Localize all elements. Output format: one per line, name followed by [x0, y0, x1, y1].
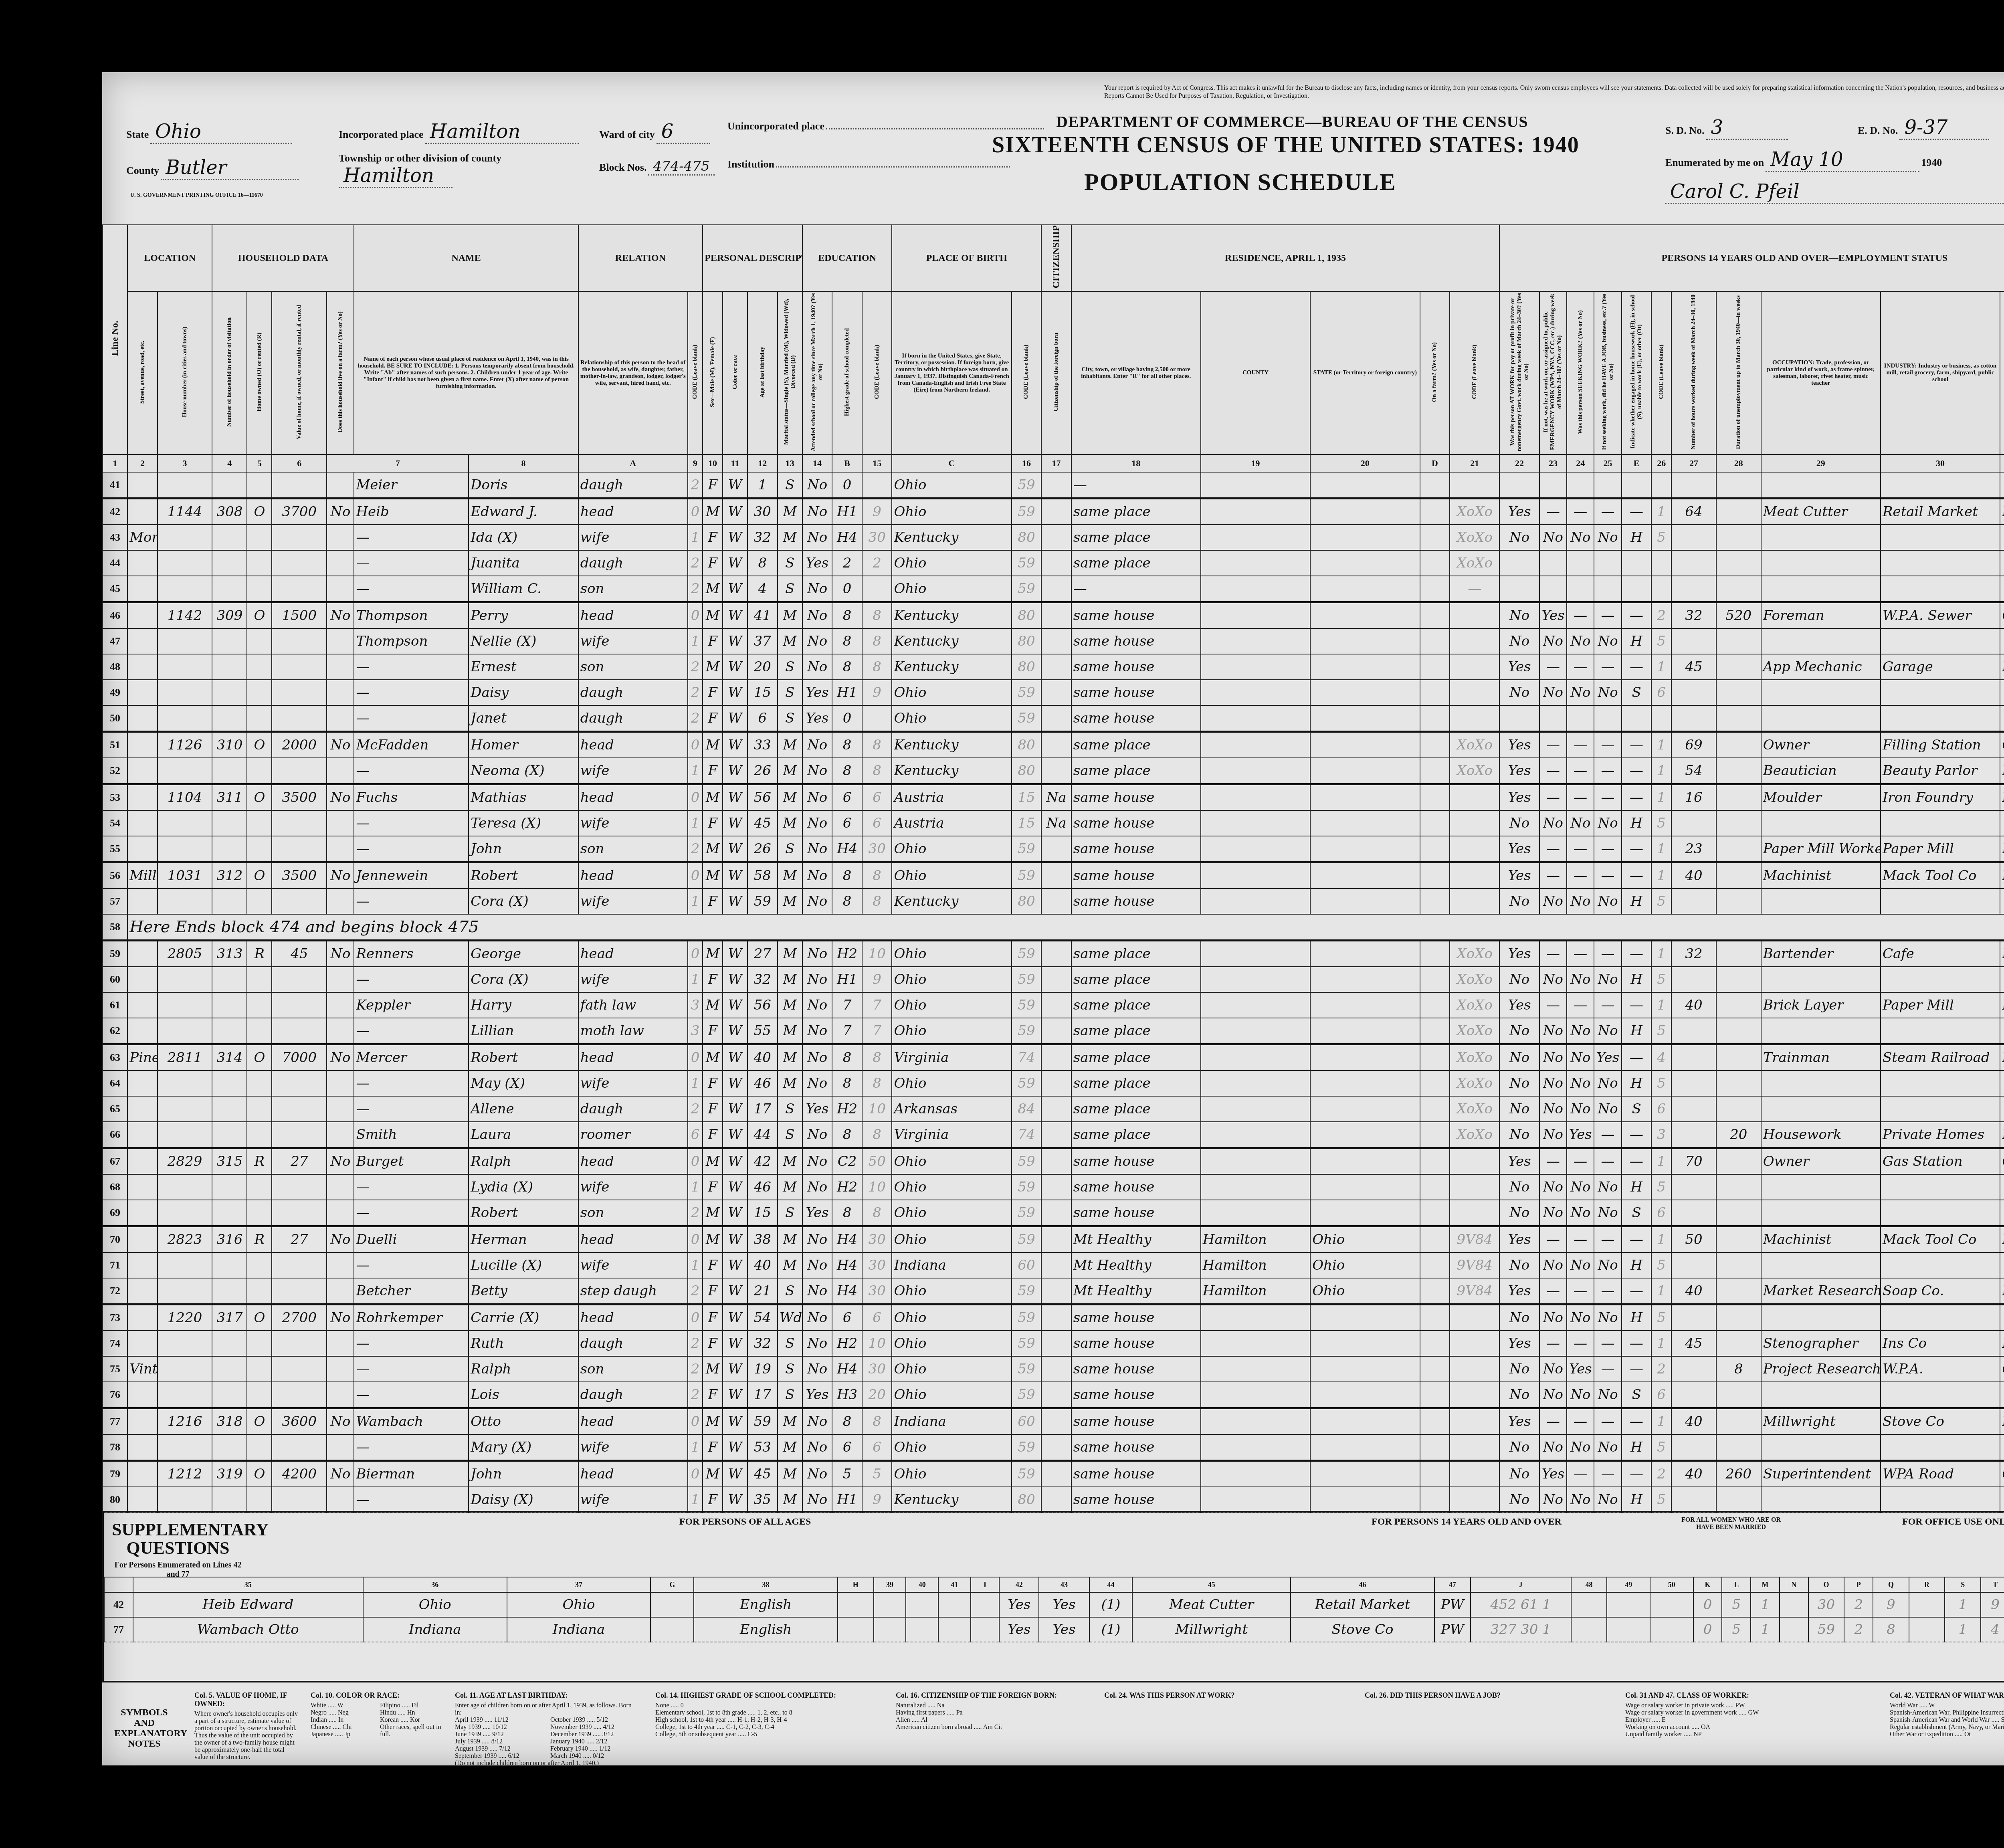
cell-farm: [327, 1070, 354, 1096]
cell-relation: head: [578, 1305, 688, 1331]
cell-industry: [1881, 628, 2000, 654]
cell-codeE: 1: [1651, 1278, 1671, 1305]
cell-codeB: 8: [862, 862, 892, 889]
cell-sex: M: [703, 602, 723, 629]
supp-column-number: 47: [1434, 1577, 1471, 1592]
cell-work: No: [1499, 602, 1539, 629]
supp-cell-m1: [1571, 1592, 1607, 1617]
note-item: Employer ..... E: [1625, 1717, 1874, 1724]
cell-own: [247, 836, 272, 862]
supp-cell-vet: [874, 1617, 906, 1642]
cell-occupation: [1761, 550, 1881, 576]
line-number: 77: [103, 1408, 127, 1435]
cell-race: W: [723, 1200, 747, 1226]
supp-cell-N: [1780, 1592, 1808, 1617]
line-number: 65: [103, 1096, 127, 1122]
cell-age: 37: [747, 628, 778, 654]
cell-sex: M: [703, 836, 723, 862]
cell-hh: 318: [212, 1408, 247, 1435]
supp-cell-P: 2: [1844, 1617, 1873, 1642]
cell-res-state: [1310, 1356, 1420, 1382]
cell-res-county: [1201, 1356, 1310, 1382]
cell-occupation: [1761, 810, 1881, 836]
supp-cell-N: [1780, 1617, 1808, 1642]
cell-hasjob: No: [1594, 810, 1621, 836]
cell-industry: Ins Co: [1881, 1331, 2000, 1356]
col-school: Attended school or college any time sinc…: [802, 291, 832, 454]
cell-res-county: [1201, 1434, 1310, 1461]
cell-codeE: [1651, 472, 1671, 499]
cell-hours: 45: [1671, 654, 1716, 680]
cell-hh: 315: [212, 1148, 247, 1175]
cell-age: 59: [747, 889, 778, 914]
cell-occupation: [1761, 1096, 1881, 1122]
cell-race: W: [723, 1018, 747, 1044]
cell-relation: son: [578, 1200, 688, 1226]
cell-hours: 40: [1671, 1278, 1716, 1305]
column-number: 29: [1761, 454, 1881, 472]
cell-street: [127, 889, 158, 914]
cell-seek: —: [1567, 602, 1594, 629]
supp-cell-L: 5: [1722, 1617, 1751, 1642]
cell-birthplace: Indiana: [892, 1252, 1011, 1278]
group-citizenship: CITIZENSHIP: [1041, 225, 1071, 291]
cell-race: W: [723, 1434, 747, 1461]
group-employment: PERSONS 14 YEARS OLD AND OVER—EMPLOYMENT…: [1499, 225, 2004, 291]
cell-hours: [1671, 1044, 1716, 1071]
cell-surname: —: [354, 1096, 469, 1122]
cell-work: No: [1499, 1044, 1539, 1071]
cell-house: 2829: [158, 1148, 212, 1175]
cell-given: Janet: [469, 705, 578, 732]
cell-house: [158, 1174, 212, 1200]
cell-hasjob: No: [1594, 1382, 1621, 1408]
state-label: State: [126, 129, 149, 140]
col-code-d: CODE (Leave blank): [1450, 291, 1499, 454]
cell-own: [247, 1252, 272, 1278]
cell-emerg: No: [1539, 1018, 1567, 1044]
cell-surname: Rohrkemper: [354, 1305, 469, 1331]
column-number: D: [1420, 454, 1450, 472]
cell-house: [158, 1487, 212, 1513]
cell-value: 3500: [272, 784, 327, 811]
cell-emerg: No: [1539, 1252, 1567, 1278]
cell-codeC: 59: [1012, 1305, 1042, 1331]
cell-relation: daugh: [578, 472, 688, 499]
col-name-desc: Name of each person whose usual place of…: [354, 291, 578, 454]
table-row: 57—Cora (X)wife1FW59MNo88Kentucky80same …: [103, 889, 2004, 914]
col-res-farm: On a farm? (Yes or No): [1420, 291, 1450, 454]
cell-farm: [327, 1331, 354, 1356]
county-field: County Butler: [126, 156, 299, 180]
supp-cell-S: 1: [1945, 1617, 1981, 1642]
cell-dur: [1716, 1305, 1761, 1331]
col-code-e: CODE (Leave blank): [1651, 291, 1671, 454]
cell-house: [158, 1434, 212, 1461]
cell-res-county: [1201, 1331, 1310, 1356]
cell-dur: [1716, 1487, 1761, 1513]
cell-farm: [327, 1487, 354, 1513]
cell-house: [158, 836, 212, 862]
cell-res-state: Ohio: [1310, 1226, 1420, 1253]
cell-codeB: 9: [862, 680, 892, 705]
supp-group-office: FOR OFFICE USE ONLY—DO NOT WRITE IN THES…: [1827, 1517, 2004, 1527]
cell-seek: —: [1567, 732, 1594, 758]
cell-grade: C2: [832, 1148, 862, 1175]
cell-codeB: 6: [862, 810, 892, 836]
cell-given: Cora (X): [469, 889, 578, 914]
incorporated-place-value: Hamilton: [425, 120, 579, 144]
cell-dur: [1716, 472, 1761, 499]
cell-given: Harry: [469, 992, 578, 1018]
cell-age: 20: [747, 654, 778, 680]
cell-activity: S: [1622, 1200, 1652, 1226]
cell-marital: M: [778, 862, 802, 889]
cell-house: 2805: [158, 941, 212, 967]
line-number: 74: [103, 1331, 127, 1356]
cell-school: No: [802, 576, 832, 602]
cell-codeA: 1: [688, 889, 703, 914]
cell-codeC: 59: [1012, 862, 1042, 889]
supp-cell-m1: [1571, 1617, 1607, 1642]
cell-res-county: [1201, 628, 1310, 654]
table-row: 731220317O2700NoRohrkemperCarrie (X)head…: [103, 1305, 2004, 1331]
cell-activity: —: [1622, 499, 1652, 525]
cell-grade: 8: [832, 1044, 862, 1071]
cell-age: 17: [747, 1382, 778, 1408]
cell-dur: [1716, 654, 1761, 680]
column-number: 25: [1594, 454, 1621, 472]
cell-age: 42: [747, 1148, 778, 1175]
cell-street: [127, 654, 158, 680]
table-row: 80—Daisy (X)wife1FW35MNoH19Kentucky80sam…: [103, 1487, 2004, 1513]
cell-race: W: [723, 550, 747, 576]
cell-codeD: XoXo: [1450, 499, 1499, 525]
supp-cell-codeI: [971, 1617, 1000, 1642]
cell-hh: [212, 1174, 247, 1200]
cell-dur: [1716, 1018, 1761, 1044]
cell-birthplace: Ohio: [892, 1461, 1011, 1487]
cell-citizen: [1041, 1408, 1071, 1435]
line-number: 64: [103, 1070, 127, 1096]
cell-seek: —: [1567, 1278, 1594, 1305]
cell-res-city: same house: [1071, 1356, 1201, 1382]
cell-race: W: [723, 1278, 747, 1305]
cell-codeC: 59: [1012, 550, 1042, 576]
cell-activity: S: [1622, 1096, 1652, 1122]
note-col14: Col. 14. HIGHEST GRADE OF SCHOOL COMPLET…: [655, 1691, 880, 1738]
cell-relation: wife: [578, 758, 688, 784]
cell-occupation: App Mechanic: [1761, 654, 1881, 680]
cell-work: Yes: [1499, 862, 1539, 889]
cell-relation: head: [578, 499, 688, 525]
cell-value: [272, 680, 327, 705]
cell-cls: PW: [2000, 1044, 2004, 1071]
cell-marital: M: [778, 1226, 802, 1253]
supp-column-number: [104, 1577, 133, 1592]
note-item: April 1939 ..... 11/12: [455, 1717, 544, 1724]
cell-res-city: same place: [1071, 941, 1201, 967]
cell-marital: S: [778, 550, 802, 576]
cell-res-county: Hamilton: [1201, 1278, 1310, 1305]
cell-seek: —: [1567, 1226, 1594, 1253]
col-occupation: OCCUPATION: Trade, profession, or partic…: [1761, 291, 1881, 454]
cell-value: [272, 1174, 327, 1200]
cell-codeA: 2: [688, 472, 703, 499]
cell-value: [272, 810, 327, 836]
cell-res-county: [1201, 810, 1310, 836]
cell-res-farm: [1420, 1070, 1450, 1096]
note-item: Wage or salary worker in private work ..…: [1625, 1702, 1874, 1709]
cell-hh: [212, 1382, 247, 1408]
supp-cell-T: 4: [1981, 1617, 2004, 1642]
cell-codeC: 15: [1012, 810, 1042, 836]
cell-age: 59: [747, 1408, 778, 1435]
cell-cls: [2000, 1200, 2004, 1226]
cell-work: No: [1499, 1461, 1539, 1487]
cell-res-county: [1201, 472, 1310, 499]
cell-codeB: 10: [862, 1331, 892, 1356]
cell-activity: —: [1622, 1226, 1652, 1253]
cell-codeC: 59: [1012, 1070, 1042, 1096]
cell-res-county: [1201, 1018, 1310, 1044]
cell-occupation: [1761, 1018, 1881, 1044]
cell-hasjob: —: [1594, 1461, 1621, 1487]
col-marital: Marital status—Single (S), Married (M), …: [778, 291, 802, 454]
incorporated-place-field: Incorporated place Hamilton: [339, 120, 579, 144]
cell-house: [158, 1070, 212, 1096]
cell-activity: —: [1622, 1148, 1652, 1175]
cell-race: W: [723, 576, 747, 602]
note-item: Elementary school, 1st to 8th grade ....…: [655, 1709, 880, 1717]
cell-street: [127, 1305, 158, 1331]
cell-seek: No: [1567, 680, 1594, 705]
cell-farm: [327, 1122, 354, 1148]
cell-race: W: [723, 732, 747, 758]
cell-relation: wife: [578, 628, 688, 654]
census-rows: 41MeierDorisdaugh2FW1SNo0Ohio59—41421144…: [103, 472, 2004, 1513]
cell-value: 3600: [272, 1408, 327, 1435]
cell-res-farm: [1420, 1148, 1450, 1175]
cell-farm: [327, 628, 354, 654]
cell-age: 15: [747, 680, 778, 705]
cell-farm: [327, 1200, 354, 1226]
col-street: Street, avenue, road, etc.: [127, 291, 158, 454]
supp-cell-occ: Millwright: [1132, 1617, 1291, 1642]
cell-cls: GW: [2000, 1356, 2004, 1382]
sd-value: 3: [1706, 116, 1788, 140]
note-col5-text: Where owner's household occupies only a …: [194, 1711, 299, 1761]
ed-value: 9-37: [1899, 116, 1989, 140]
cell-cls: PW: [2000, 1122, 2004, 1148]
cell-codeD: 9V84: [1450, 1278, 1499, 1305]
cell-house: [158, 889, 212, 914]
cell-res-state: [1310, 499, 1420, 525]
supp-cell-ssn: Yes: [999, 1617, 1039, 1642]
cell-birthplace: Ohio: [892, 705, 1011, 732]
supp-cell-line: 77: [104, 1617, 133, 1642]
cell-given: May (X): [469, 1070, 578, 1096]
column-number: 22: [1499, 454, 1539, 472]
cell-codeC: 59: [1012, 967, 1042, 992]
cell-codeD: [1450, 1174, 1499, 1200]
cell-res-state: [1310, 525, 1420, 550]
cell-hasjob: No: [1594, 967, 1621, 992]
cell-activity: —: [1622, 836, 1652, 862]
supp-column-number: H: [838, 1577, 874, 1592]
cell-hours: [1671, 576, 1716, 602]
cell-house: [158, 1018, 212, 1044]
cell-emerg: No: [1539, 889, 1567, 914]
cell-grade: H1: [832, 680, 862, 705]
cell-codeE: 5: [1651, 628, 1671, 654]
cell-age: 41: [747, 602, 778, 629]
note-item: Korean ..... Kor: [380, 1717, 443, 1724]
line-number: 57: [103, 889, 127, 914]
cell-school: No: [802, 1487, 832, 1513]
cell-res-farm: [1420, 602, 1450, 629]
cell-seek: No: [1567, 1200, 1594, 1226]
cell-codeC: 80: [1012, 628, 1042, 654]
cell-res-farm: [1420, 1044, 1450, 1071]
cell-sex: M: [703, 992, 723, 1018]
cell-cls: GW: [2000, 1461, 2004, 1487]
cell-codeD: XoXo: [1450, 1044, 1499, 1071]
cell-codeD: [1450, 1382, 1499, 1408]
cell-relation: son: [578, 576, 688, 602]
cell-street: [127, 705, 158, 732]
cell-res-county: [1201, 941, 1310, 967]
cell-res-farm: [1420, 1356, 1450, 1382]
cell-codeD: XoXo: [1450, 1096, 1499, 1122]
cell-emerg: —: [1539, 862, 1567, 889]
cell-hours: [1671, 472, 1716, 499]
cell-own: [247, 654, 272, 680]
cell-cls: [2000, 1305, 2004, 1331]
note-item: None ..... 0: [655, 1702, 880, 1709]
cell-occupation: Paper Mill Worker: [1761, 836, 1881, 862]
table-row: 74—Ruthdaugh2FW32SNoH210Ohio59same house…: [103, 1331, 2004, 1356]
cell-farm: [327, 810, 354, 836]
line-number: 51: [103, 732, 127, 758]
cell-grade: 0: [832, 576, 862, 602]
cell-codeD: [1450, 680, 1499, 705]
cell-activity: H: [1622, 810, 1652, 836]
cell-occupation: Foreman: [1761, 602, 1881, 629]
cell-marital: M: [778, 1408, 802, 1435]
cell-res-farm: [1420, 1408, 1450, 1435]
cell-dur: [1716, 862, 1761, 889]
cell-age: 40: [747, 1252, 778, 1278]
cell-res-state: [1310, 680, 1420, 705]
cell-codeB: 30: [862, 1356, 892, 1382]
cell-school: No: [802, 1356, 832, 1382]
cell-res-farm: [1420, 1226, 1450, 1253]
cell-emerg: No: [1539, 1434, 1567, 1461]
supp-cell-codeH: [838, 1592, 874, 1617]
cell-marital: S: [778, 472, 802, 499]
group-location: LOCATION: [127, 225, 212, 291]
cell-occupation: [1761, 472, 1881, 499]
cell-hours: [1671, 1070, 1716, 1096]
cell-sex: F: [703, 1096, 723, 1122]
cell-hh: 314: [212, 1044, 247, 1071]
cell-codeB: 8: [862, 1408, 892, 1435]
cell-res-city: Mt Healthy: [1071, 1278, 1201, 1305]
table-row: 58Here Ends block 474 and begins block 4…: [103, 914, 2004, 941]
cell-hours: 70: [1671, 1148, 1716, 1175]
cell-street: [127, 628, 158, 654]
cell-given: Carrie (X): [469, 1305, 578, 1331]
cell-farm: [327, 1382, 354, 1408]
note-item: Hindu ..... Hn: [380, 1709, 443, 1717]
table-row: 461142309O1500NoThompsonPerryhead0MW41MN…: [103, 602, 2004, 629]
cell-farm: No: [327, 862, 354, 889]
cell-codeE: 2: [1651, 602, 1671, 629]
cell-work: No: [1499, 1252, 1539, 1278]
cell-surname: —: [354, 705, 469, 732]
cell-value: 3500: [272, 862, 327, 889]
note-col11-list: April 1939 ..... 11/12May 1939 ..... 10/…: [455, 1717, 639, 1760]
column-number: 13: [778, 454, 802, 472]
cell-race: W: [723, 525, 747, 550]
cell-activity: H: [1622, 889, 1652, 914]
cell-given: Ralph: [469, 1148, 578, 1175]
cell-codeB: 8: [862, 628, 892, 654]
cell-codeB: 9: [862, 1487, 892, 1513]
column-number: 24: [1567, 454, 1594, 472]
cell-occupation: [1761, 1174, 1881, 1200]
cell-codeB: 8: [862, 654, 892, 680]
cell-age: 45: [747, 1461, 778, 1487]
cell-race: W: [723, 654, 747, 680]
cell-codeB: 6: [862, 784, 892, 811]
cell-codeA: 1: [688, 1174, 703, 1200]
cell-emerg: —: [1539, 1278, 1567, 1305]
cell-farm: [327, 967, 354, 992]
cell-industry: Beauty Parlor: [1881, 758, 2000, 784]
cell-industry: [1881, 1305, 2000, 1331]
cell-relation: head: [578, 941, 688, 967]
supp-column-number: 45: [1132, 1577, 1291, 1592]
cell-res-state: [1310, 941, 1420, 967]
supp-cell-Q: 8: [1873, 1617, 1909, 1642]
cell-school: No: [802, 1044, 832, 1071]
cell-codeC: 80: [1012, 758, 1042, 784]
cell-sex: F: [703, 680, 723, 705]
cell-age: 56: [747, 992, 778, 1018]
cell-codeD: [1450, 628, 1499, 654]
cell-occupation: Machinist: [1761, 862, 1881, 889]
cell-race: W: [723, 889, 747, 914]
cell-surname: —: [354, 1382, 469, 1408]
cell-codeA: 2: [688, 1200, 703, 1226]
cell-res-farm: [1420, 758, 1450, 784]
cell-codeA: 0: [688, 784, 703, 811]
cell-res-county: [1201, 758, 1310, 784]
cell-race: W: [723, 1461, 747, 1487]
cell-res-farm: [1420, 732, 1450, 758]
cell-hh: [212, 836, 247, 862]
cell-relation: wife: [578, 1487, 688, 1513]
cell-codeD: XoXo: [1450, 1122, 1499, 1148]
note-item: Other races, spell out in full.: [380, 1724, 443, 1738]
cell-codeC: 59: [1012, 472, 1042, 499]
cell-res-city: same house: [1071, 784, 1201, 811]
cell-codeE: 5: [1651, 1018, 1671, 1044]
cell-street: [127, 472, 158, 499]
cell-birthplace: Kentucky: [892, 732, 1011, 758]
